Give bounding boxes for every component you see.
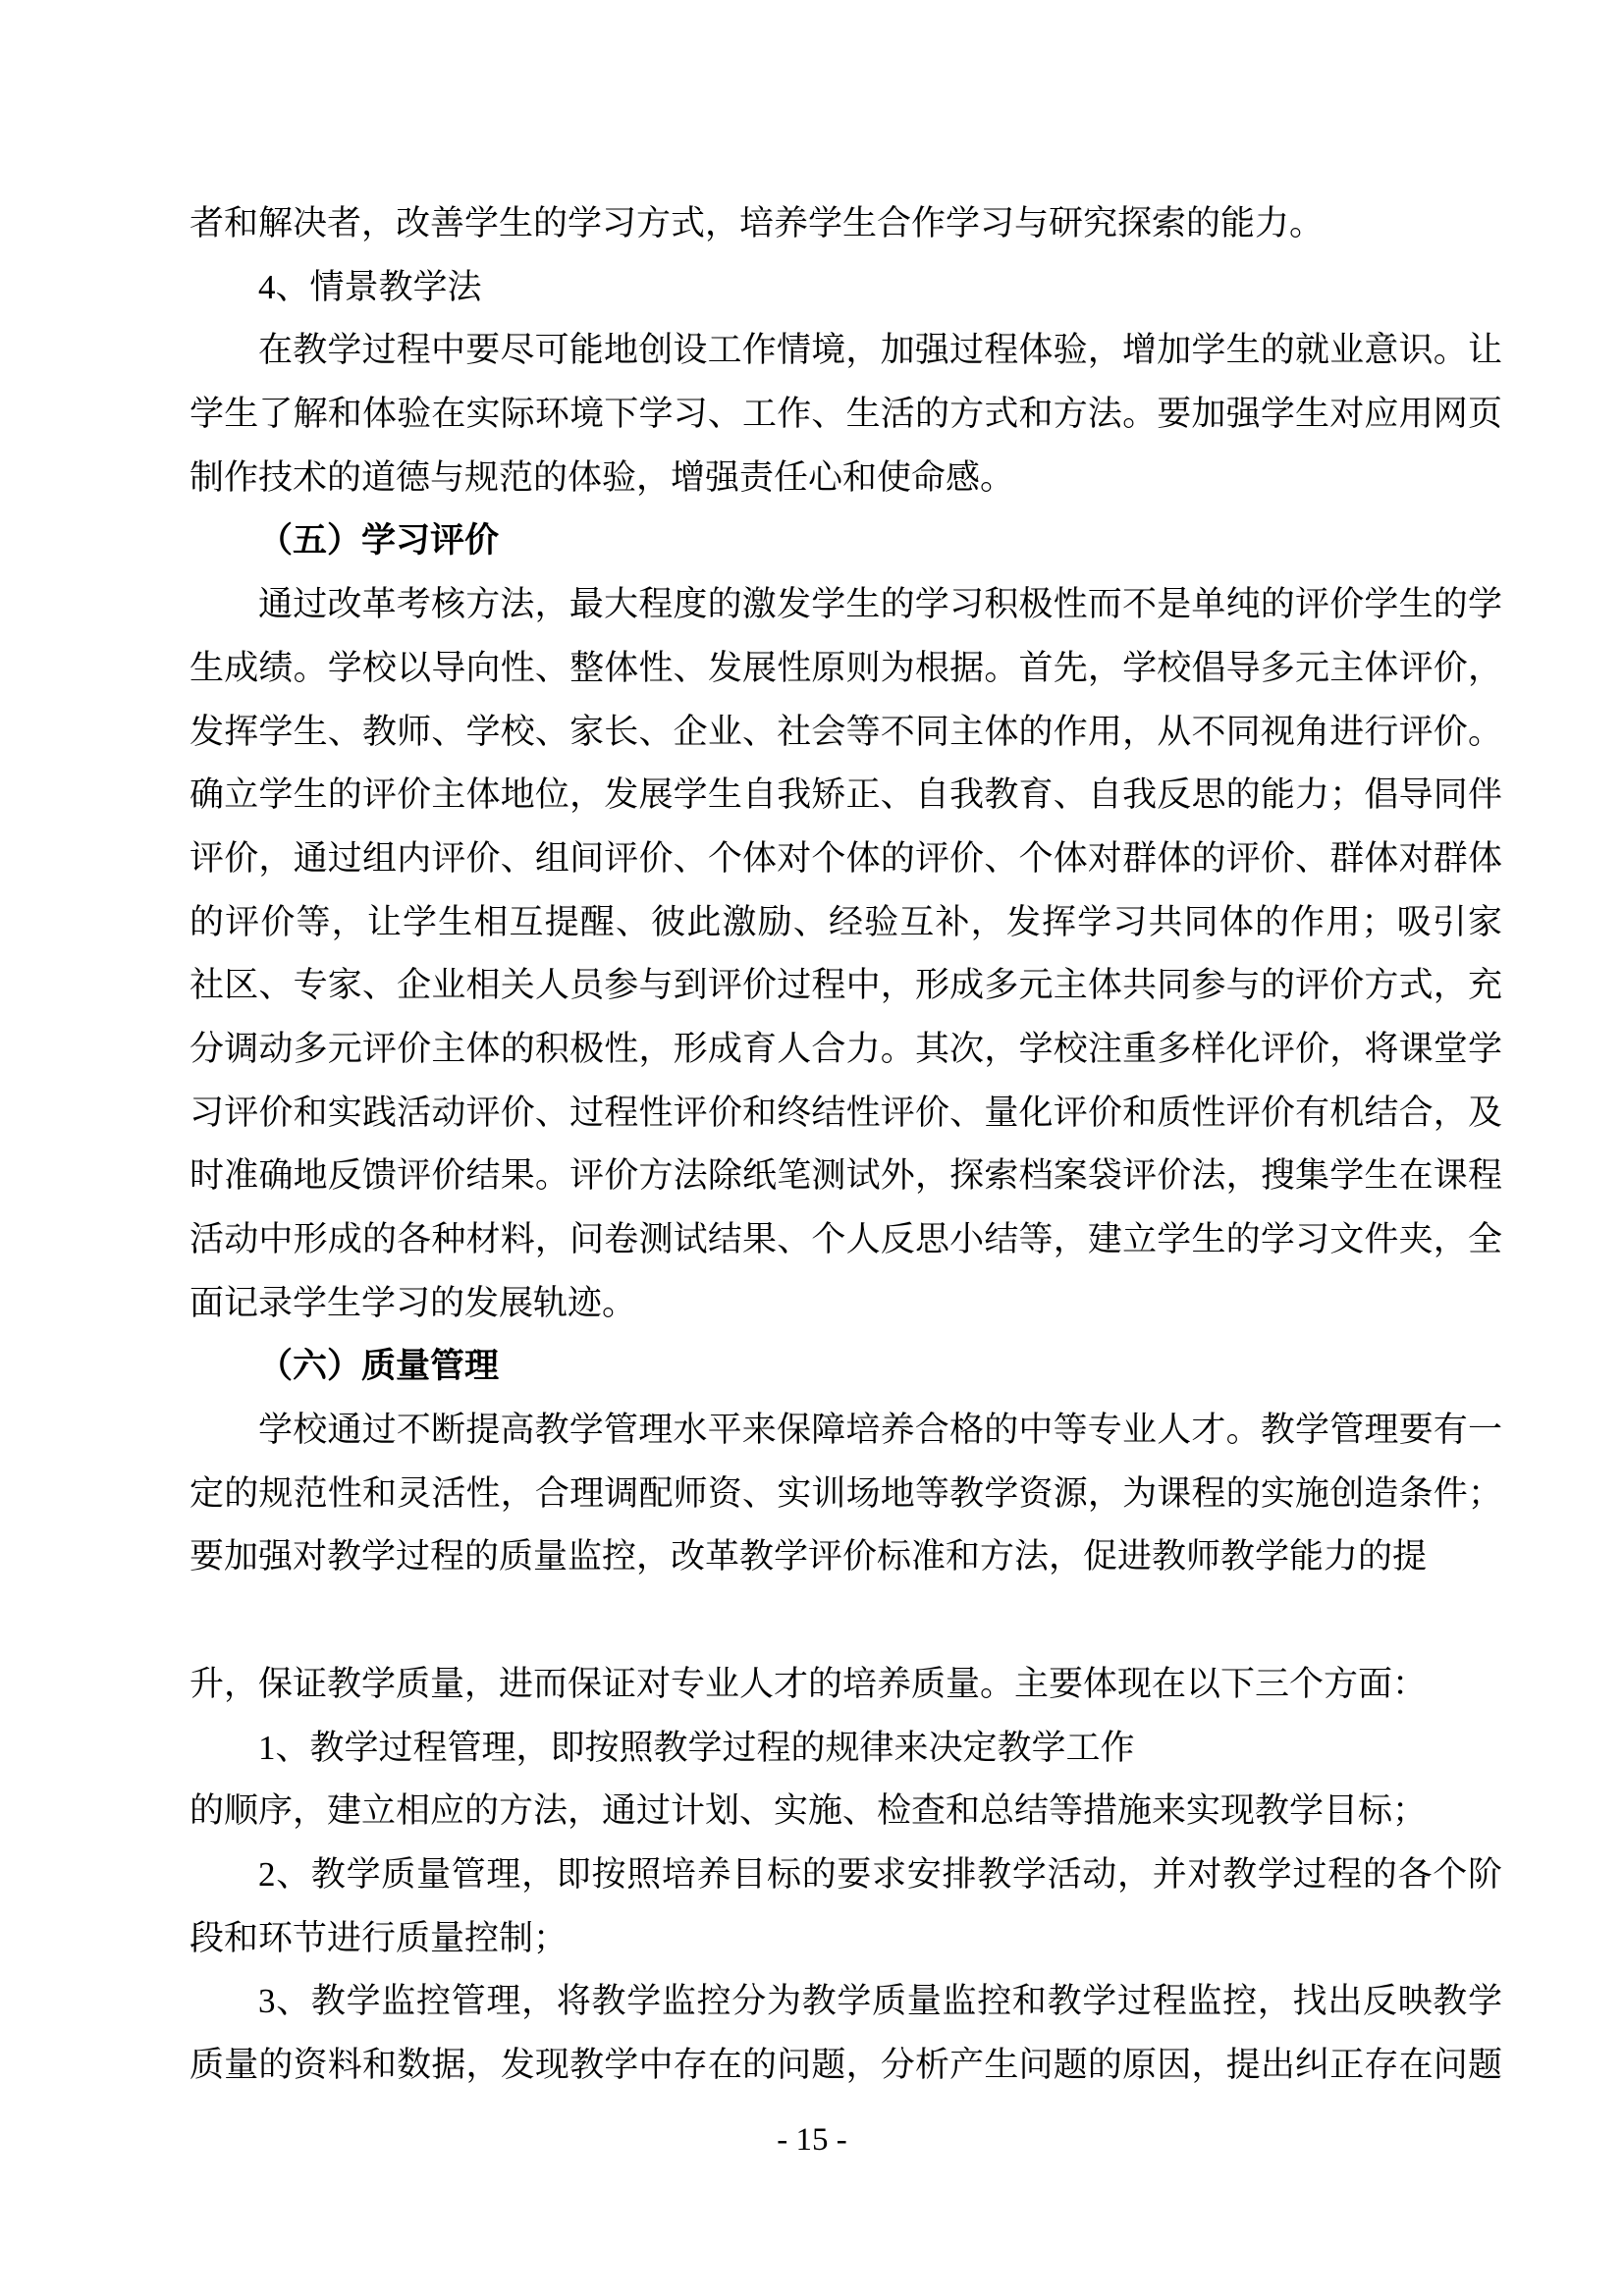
text-line: 面记录学生学习的发展轨迹。 [189,1272,1502,1336]
text-line: 1、教学过程管理，即按照教学过程的规律来决定教学工作 [189,1717,1502,1781]
text-line: 学校通过不断提高教学管理水平来保障培养合格的中等专业人才。教学管理要有一 [189,1399,1502,1463]
section-heading: （六）质量管理 [189,1335,1502,1399]
text-line: 社区、专家、企业相关人员参与到评价过程中，形成多元主体共同参与的评价方式，充 [189,954,1502,1018]
text-line: 评价，通过组内评价、组间评价、个体对个体的评价、个体对群体的评价、群体对群体 [189,828,1502,891]
text-line: 分调动多元评价主体的积极性，形成育人合力。其次，学校注重多样化评价，将课堂学 [189,1018,1502,1082]
text-line: 在教学过程中要尽可能地创设工作情境，加强过程体验，增加学生的就业意识。让 [189,319,1502,383]
text-line: 质量的资料和数据，发现教学中存在的问题，分析产生问题的原因，提出纠正存在问题 [189,2034,1502,2098]
text-line: 者和解决者，改善学生的学习方式，培养学生合作学习与研究探索的能力。 [189,192,1502,256]
text-line: 要加强对教学过程的质量监控，改革教学评价标准和方法，促进教师教学能力的提 [189,1525,1502,1589]
text-line: 习评价和实践活动评价、过程性评价和终结性评价、量化评价和质性评价有机结合，及 [189,1082,1502,1146]
text-line: 制作技术的道德与规范的体验，增强责任心和使命感。 [189,447,1502,510]
document-body: 者和解决者，改善学生的学习方式，培养学生合作学习与研究探索的能力。4、情景教学法… [189,192,1502,2098]
page-number: - 15 - [0,2120,1624,2160]
text-line: 发挥学生、教师、学校、家长、企业、社会等不同主体的作用，从不同视角进行评价。 [189,701,1502,765]
text-line: 的评价等，让学生相互提醒、彼此激励、经验互补，发挥学习共同体的作用；吸引家长、 [189,891,1502,955]
blank-line [189,1589,1502,1653]
text-line: 通过改革考核方法，最大程度的激发学生的学习积极性而不是单纯的评价学生的学 [189,573,1502,637]
section-heading: （五）学习评价 [189,509,1502,573]
text-line: 4、情景教学法 [189,256,1502,320]
text-line: 的顺序，建立相应的方法，通过计划、实施、检查和总结等措施来实现教学目标； [189,1780,1502,1843]
text-line: 时准确地反馈评价结果。评价方法除纸笔测试外，探索档案袋评价法，搜集学生在课程 [189,1145,1502,1208]
text-line: 升，保证教学质量，进而保证对专业人才的培养质量。主要体现在以下三个方面： [189,1653,1502,1717]
text-line: 段和环节进行质量控制； [189,1907,1502,1971]
text-line: 确立学生的评价主体地位，发展学生自我矫正、自我教育、自我反思的能力；倡导同伴 [189,764,1502,828]
text-line: 生成绩。学校以导向性、整体性、发展性原则为根据。首先，学校倡导多元主体评价， [189,637,1502,701]
text-line: 学生了解和体验在实际环境下学习、工作、生活的方式和方法。要加强学生对应用网页 [189,383,1502,447]
text-line: 定的规范性和灵活性，合理调配师资、实训场地等教学资源，为课程的实施创造条件； [189,1463,1502,1526]
document-page: 者和解决者，改善学生的学习方式，培养学生合作学习与研究探索的能力。4、情景教学法… [0,0,1624,2296]
text-line: 活动中形成的各种材料，问卷测试结果、个人反思小结等，建立学生的学习文件夹，全 [189,1208,1502,1272]
text-line: 3、教学监控管理，将教学监控分为教学质量监控和教学过程监控，找出反映教学 [189,1970,1502,2034]
text-line: 2、教学质量管理，即按照培养目标的要求安排教学活动，并对教学过程的各个阶 [189,1843,1502,1907]
